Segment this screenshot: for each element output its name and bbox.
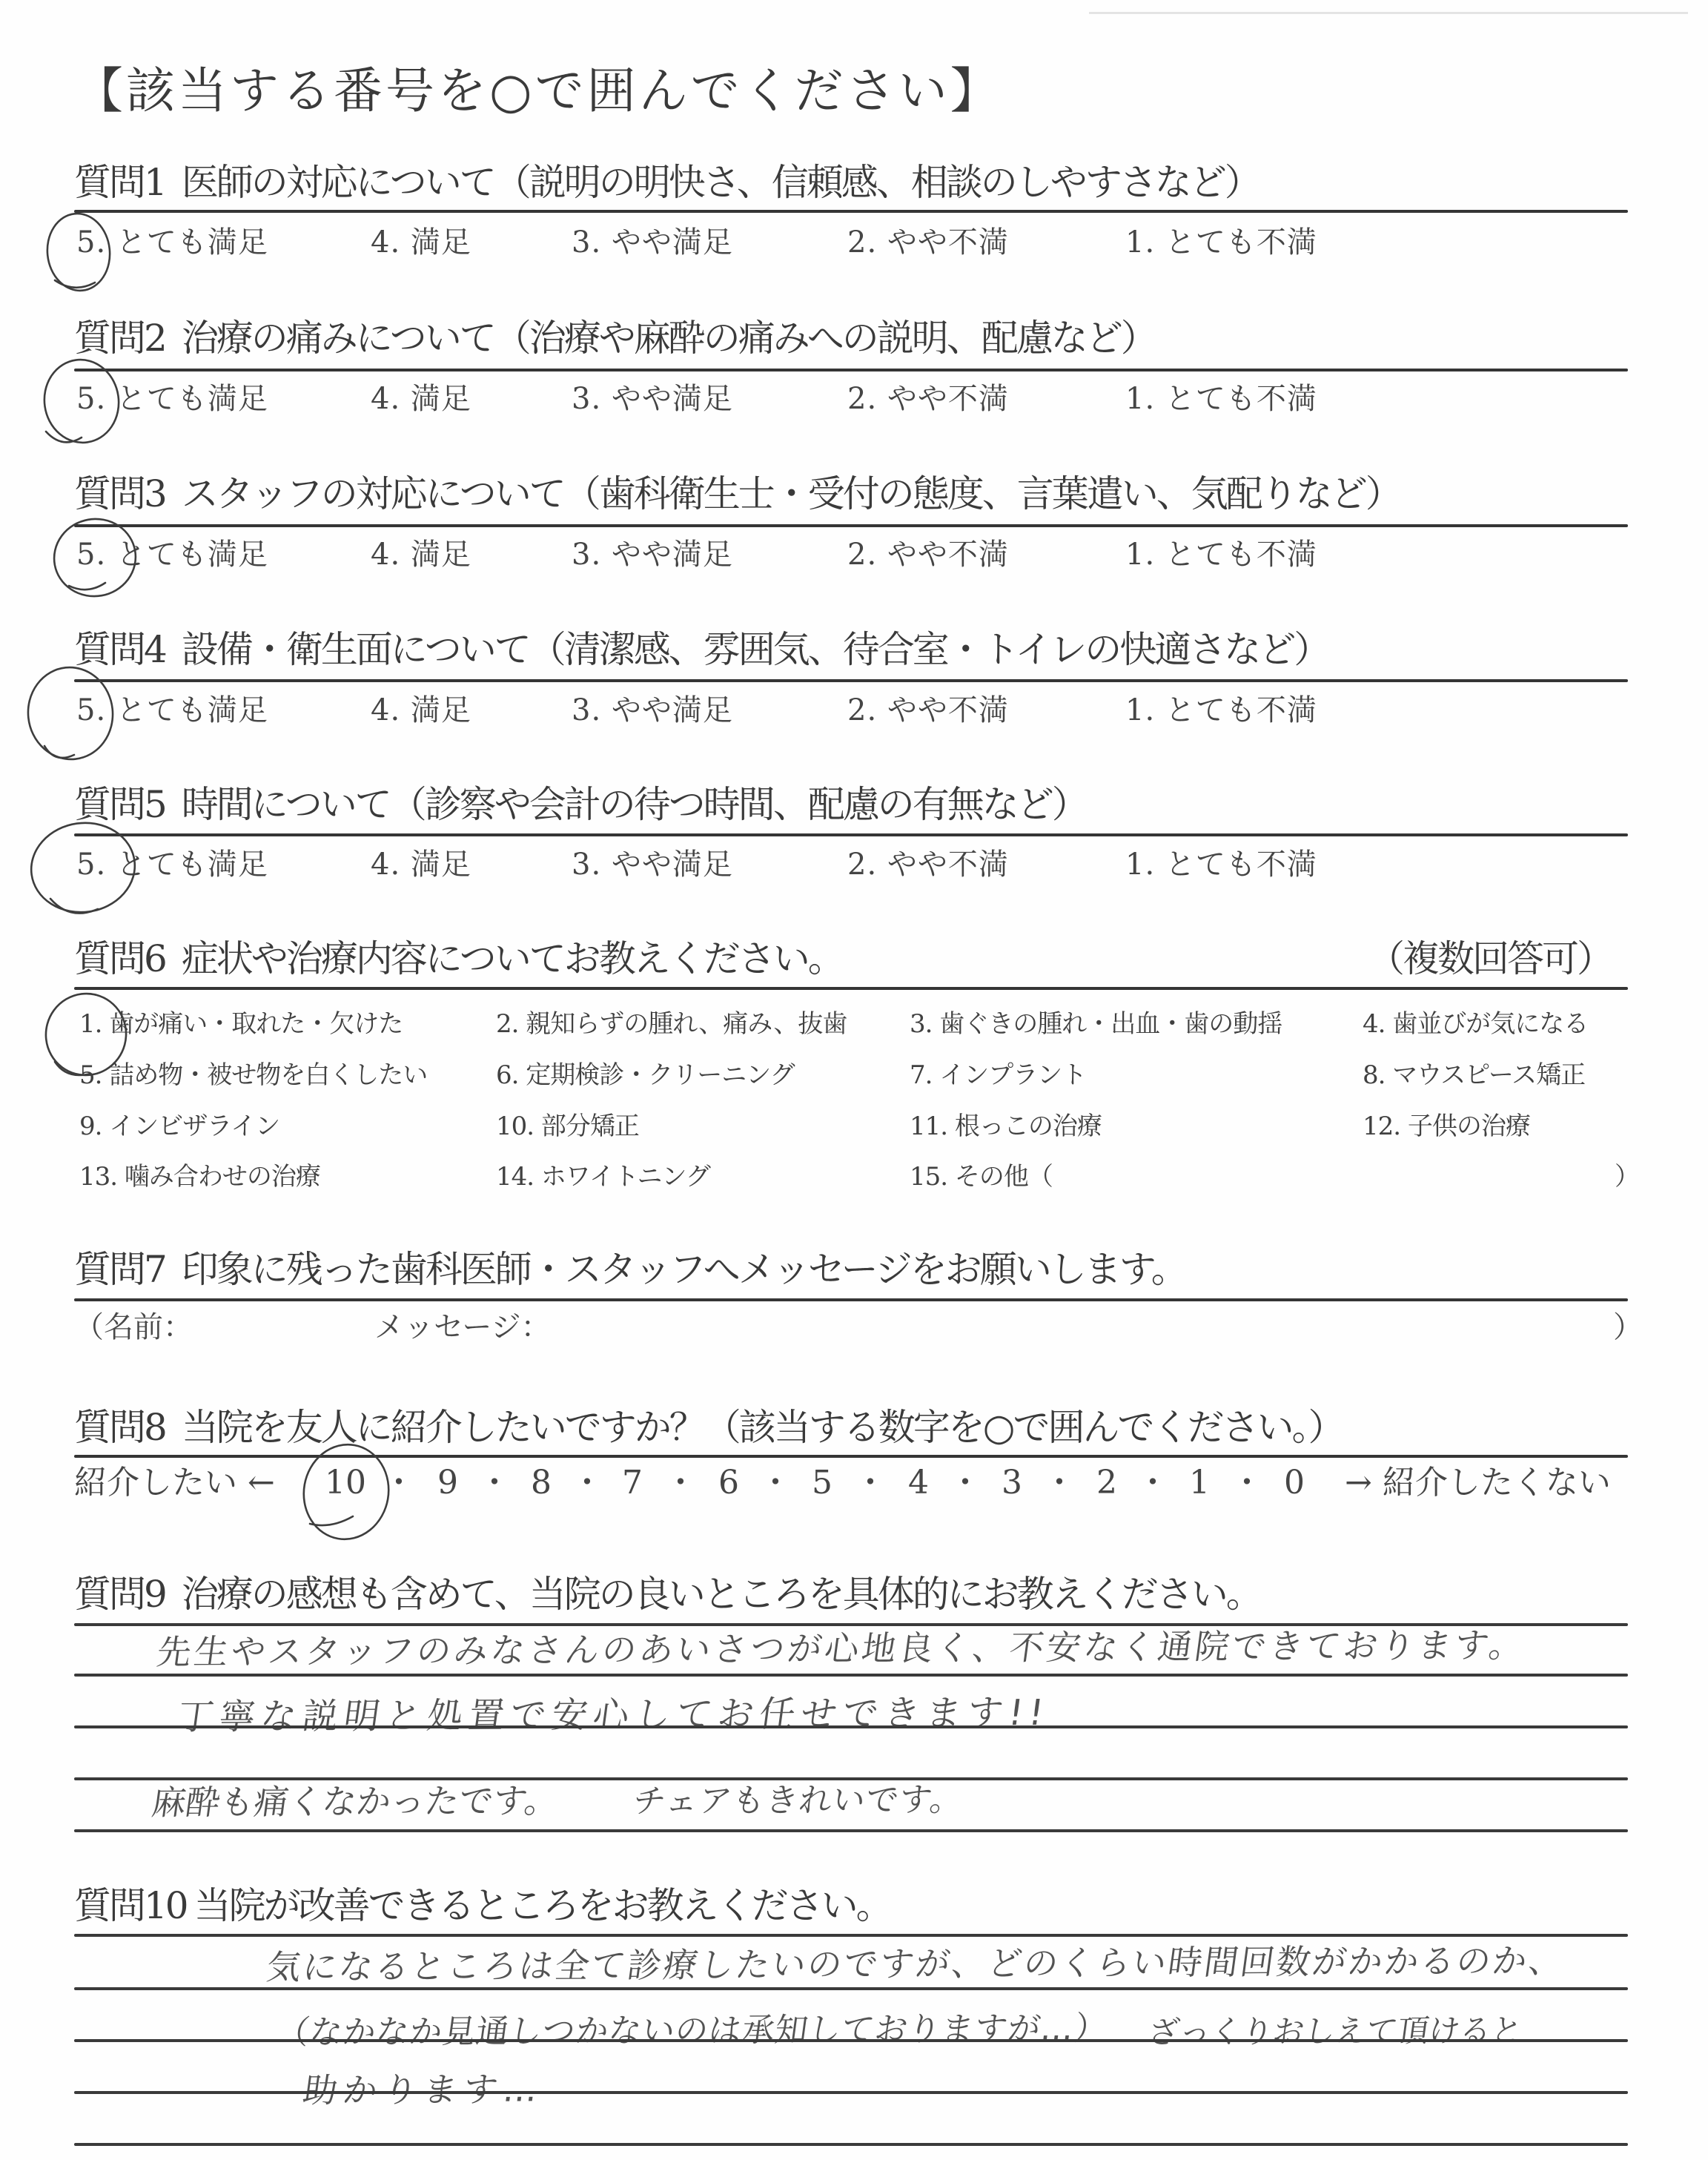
handwritten-answer-line: 気になるところは全て診療したいのですが、どのくらい時間回数がかかるのか、 [265,1943,1567,1984]
question-text: 当院が改善できるところをお教えください。 [194,1884,891,1927]
q6-item-1: 1. 歯が痛い・取れた・欠けた [79,1011,403,1037]
q2-option-5: 5. とても満足 [76,384,268,414]
scale-separator: ・ [1043,1467,1076,1499]
scale-value-3: 3 [1002,1467,1022,1499]
q1-option-2: 2. やや不満 [847,228,1009,257]
q4-option-4: 4. 満足 [371,696,471,725]
scale-separator: ・ [759,1467,792,1499]
question-number: 質問7 [74,1248,165,1291]
answer-line [74,1674,1628,1677]
q6-item-10: 10. 部分矯正 [496,1114,639,1139]
q6-item-11: 11. 根っこの治療 [910,1114,1102,1139]
question-7-heading: 質問7印象に残った歯科医師・スタッフへメッセージをお願いします。 [74,1251,1186,1288]
scale-value-8: 8 [531,1467,552,1499]
q1-option-5: 5. とても満足 [76,228,268,257]
question-number: 質問1 [74,161,165,204]
scale-value-4: 4 [908,1467,929,1499]
answer-line [74,1934,1628,1937]
q6-other-close-paren: ） [1615,1164,1639,1189]
handwritten-answer-line: チェアもきれいです。 [631,1784,965,1818]
page-title: 【該当する番号を○で囲んでください】 [74,67,1002,116]
q4-option-1: 1. とても不満 [1125,696,1317,725]
question-number: 質問9 [74,1573,165,1616]
question-3-heading: 質問3スタッフの対応について（歯科衛生士・受付の態度、言葉遣い、気配りなど） [74,475,1400,512]
question-number: 質問3 [74,472,165,515]
scale-separator: ・ [949,1467,982,1499]
handwritten-answer-line: 先生やスタッフのみなさんのあいさつが心地良く、不安なく通院できております。 [155,1628,1529,1669]
scale-value-9: 9 [437,1467,458,1499]
divider-rule [74,210,1628,213]
question-text: 治療の痛みについて（治療や麻酔の痛みへの説明、配慮など） [182,317,1156,360]
answer-line [74,1777,1628,1780]
q3-option-3: 3. やや満足 [572,540,733,569]
q2-option-4: 4. 満足 [371,384,471,414]
q6-item-9: 9. インビザライン [79,1114,279,1139]
q6-item-2: 2. 親知らずの腫れ、痛み、抜歯 [496,1011,847,1037]
q2-option-3: 3. やや満足 [572,384,733,414]
scale-value-1: 1 [1189,1467,1210,1499]
message-close-paren: ） [1613,1312,1643,1342]
q6-item-8: 8. マウスピース矯正 [1363,1063,1585,1088]
q5-option-1: 1. とても不満 [1125,850,1317,879]
scale-value-0: 0 [1284,1467,1305,1499]
q2-option-2: 2. やや不満 [847,384,1009,414]
message-label: メッセージ： [374,1312,551,1342]
scale-separator: ・ [478,1467,511,1499]
scale-value-6: 6 [718,1467,739,1499]
question-9-heading: 質問9治療の感想も含めて、当院の良いところを具体的にお教えください。 [74,1576,1261,1613]
scan-edge-line [1089,12,1688,14]
q3-option-5: 5. とても満足 [76,540,268,569]
q6-item-3: 3. 歯ぐきの腫れ・出血・歯の動揺 [910,1011,1282,1037]
scale-separator: ・ [571,1467,603,1499]
handwritten-answer-line: （なかなか見通しつかないのは承知しておりますが…） [274,2012,1110,2050]
q6-item-7: 7. インプラント [910,1063,1086,1088]
question-number: 質問5 [74,783,165,826]
question-number: 質問10 [74,1884,187,1927]
divider-rule [74,833,1628,836]
q5-option-4: 4. 満足 [371,850,471,879]
recommend-right-label: → 紹介したくない [1345,1467,1611,1499]
question-5-heading: 質問5時間について（診察や会計の待つ時間、配慮の有無など） [74,786,1087,823]
handwritten-answer-line: 麻酔も痛くなかったです。 [150,1783,561,1820]
question-10-heading: 質問10当院が改善できるところをお教えください。 [74,1887,891,1924]
question-text: 時間について（診察や会計の待つ時間、配慮の有無など） [182,783,1087,826]
question-text: 症状や治療内容についてお教えください。 [182,937,843,980]
q2-option-1: 1. とても不満 [1125,384,1317,414]
scale-separator: ・ [1231,1467,1263,1499]
q4-option-2: 2. やや不満 [847,696,1009,725]
question-1-heading: 質問1医師の対応について（説明の明快さ、信頼感、相談のしやすさなど） [74,164,1260,201]
question-text: 当院を友人に紹介したいですか？（該当する数字を○で囲んでください。） [182,1406,1343,1449]
question-2-heading: 質問2治療の痛みについて（治療や麻酔の痛みへの説明、配慮など） [74,320,1156,357]
question-text: 印象に残った歯科医師・スタッフへメッセージをお願いします。 [182,1248,1186,1291]
q6-item-4: 4. 歯並びが気になる [1363,1011,1588,1037]
scale-value-2: 2 [1096,1467,1117,1499]
q6-item-12: 12. 子供の治療 [1363,1114,1530,1139]
answer-line [74,1987,1628,1990]
q3-option-2: 2. やや不満 [847,540,1009,569]
divider-rule [74,1298,1628,1301]
divider-rule [74,987,1628,990]
scale-value-10: 10 [325,1467,366,1499]
survey-sheet: 【該当する番号を○で囲んでください】 質問1医師の対応について（説明の明快さ、信… [0,0,1708,2160]
question-text: 設備・衛生面について（清潔感、雰囲気、待合室・トイレの快適さなど） [182,628,1329,671]
divider-rule [74,524,1628,527]
question-number: 質問4 [74,628,165,671]
q1-option-3: 3. やや満足 [572,228,733,257]
question-number: 質問2 [74,317,165,360]
q4-option-3: 3. やや満足 [572,696,733,725]
q6-item-15-other: 15. その他（ [910,1164,1053,1189]
q4-option-5: 5. とても満足 [76,696,268,725]
q6-item-14: 14. ホワイトニング [496,1164,710,1189]
question-text: 医師の対応について（説明の明快さ、信頼感、相談のしやすさなど） [182,161,1260,204]
divider-rule [74,369,1628,371]
divider-rule [74,679,1628,682]
question-text: 治療の感想も含めて、当院の良いところを具体的にお教えください。 [182,1573,1261,1616]
q6-item-13: 13. 噛み合わせの治療 [79,1164,320,1189]
question-text: スタッフの対応について（歯科衛生士・受付の態度、言葉遣い、気配りなど） [182,472,1400,515]
q5-option-2: 2. やや不満 [847,850,1009,879]
question-4-heading: 質問4設備・衛生面について（清潔感、雰囲気、待合室・トイレの快適さなど） [74,631,1328,668]
answer-line [74,1829,1628,1832]
divider-rule [74,1455,1628,1458]
q1-option-1: 1. とても不満 [1125,228,1317,257]
q1-option-4: 4. 満足 [371,228,471,257]
q6-item-5: 5. 詰め物・被せ物を白くしたい [79,1063,427,1088]
answer-line [74,2143,1628,2146]
q3-option-1: 1. とても不満 [1125,540,1317,569]
q6-item-6: 6. 定期検診・クリーニング [496,1063,795,1088]
scale-separator: ・ [664,1467,697,1499]
scale-separator: ・ [854,1467,887,1499]
q5-option-3: 3. やや満足 [572,850,733,879]
question-number: 質問8 [74,1406,165,1449]
scale-value-7: 7 [622,1467,643,1499]
handwritten-answer-line: ざっくりおしえて頂けると [1146,2015,1524,2048]
question-6-heading: 質問6症状や治療内容についてお教えください。 [74,940,843,977]
q5-option-5: 5. とても満足 [76,850,268,879]
scale-value-5: 5 [812,1467,833,1499]
handwritten-answer-line: 丁寧な説明と処置で安心してお任せできます!! [176,1695,1052,1735]
name-label: （名前： [74,1312,193,1342]
question-8-heading: 質問8当院を友人に紹介したいですか？（該当する数字を○で囲んでください。） [74,1409,1343,1446]
question-number: 質問6 [74,937,165,980]
multiple-answers-note: （複数回答可） [1368,940,1612,977]
recommend-left-label: 紹介したい ← [74,1467,275,1499]
scale-separator: ・ [1136,1467,1169,1499]
scale-separator: ・ [383,1467,415,1499]
q3-option-4: 4. 満足 [371,540,471,569]
handwritten-answer-line: 助かります… [301,2072,546,2107]
